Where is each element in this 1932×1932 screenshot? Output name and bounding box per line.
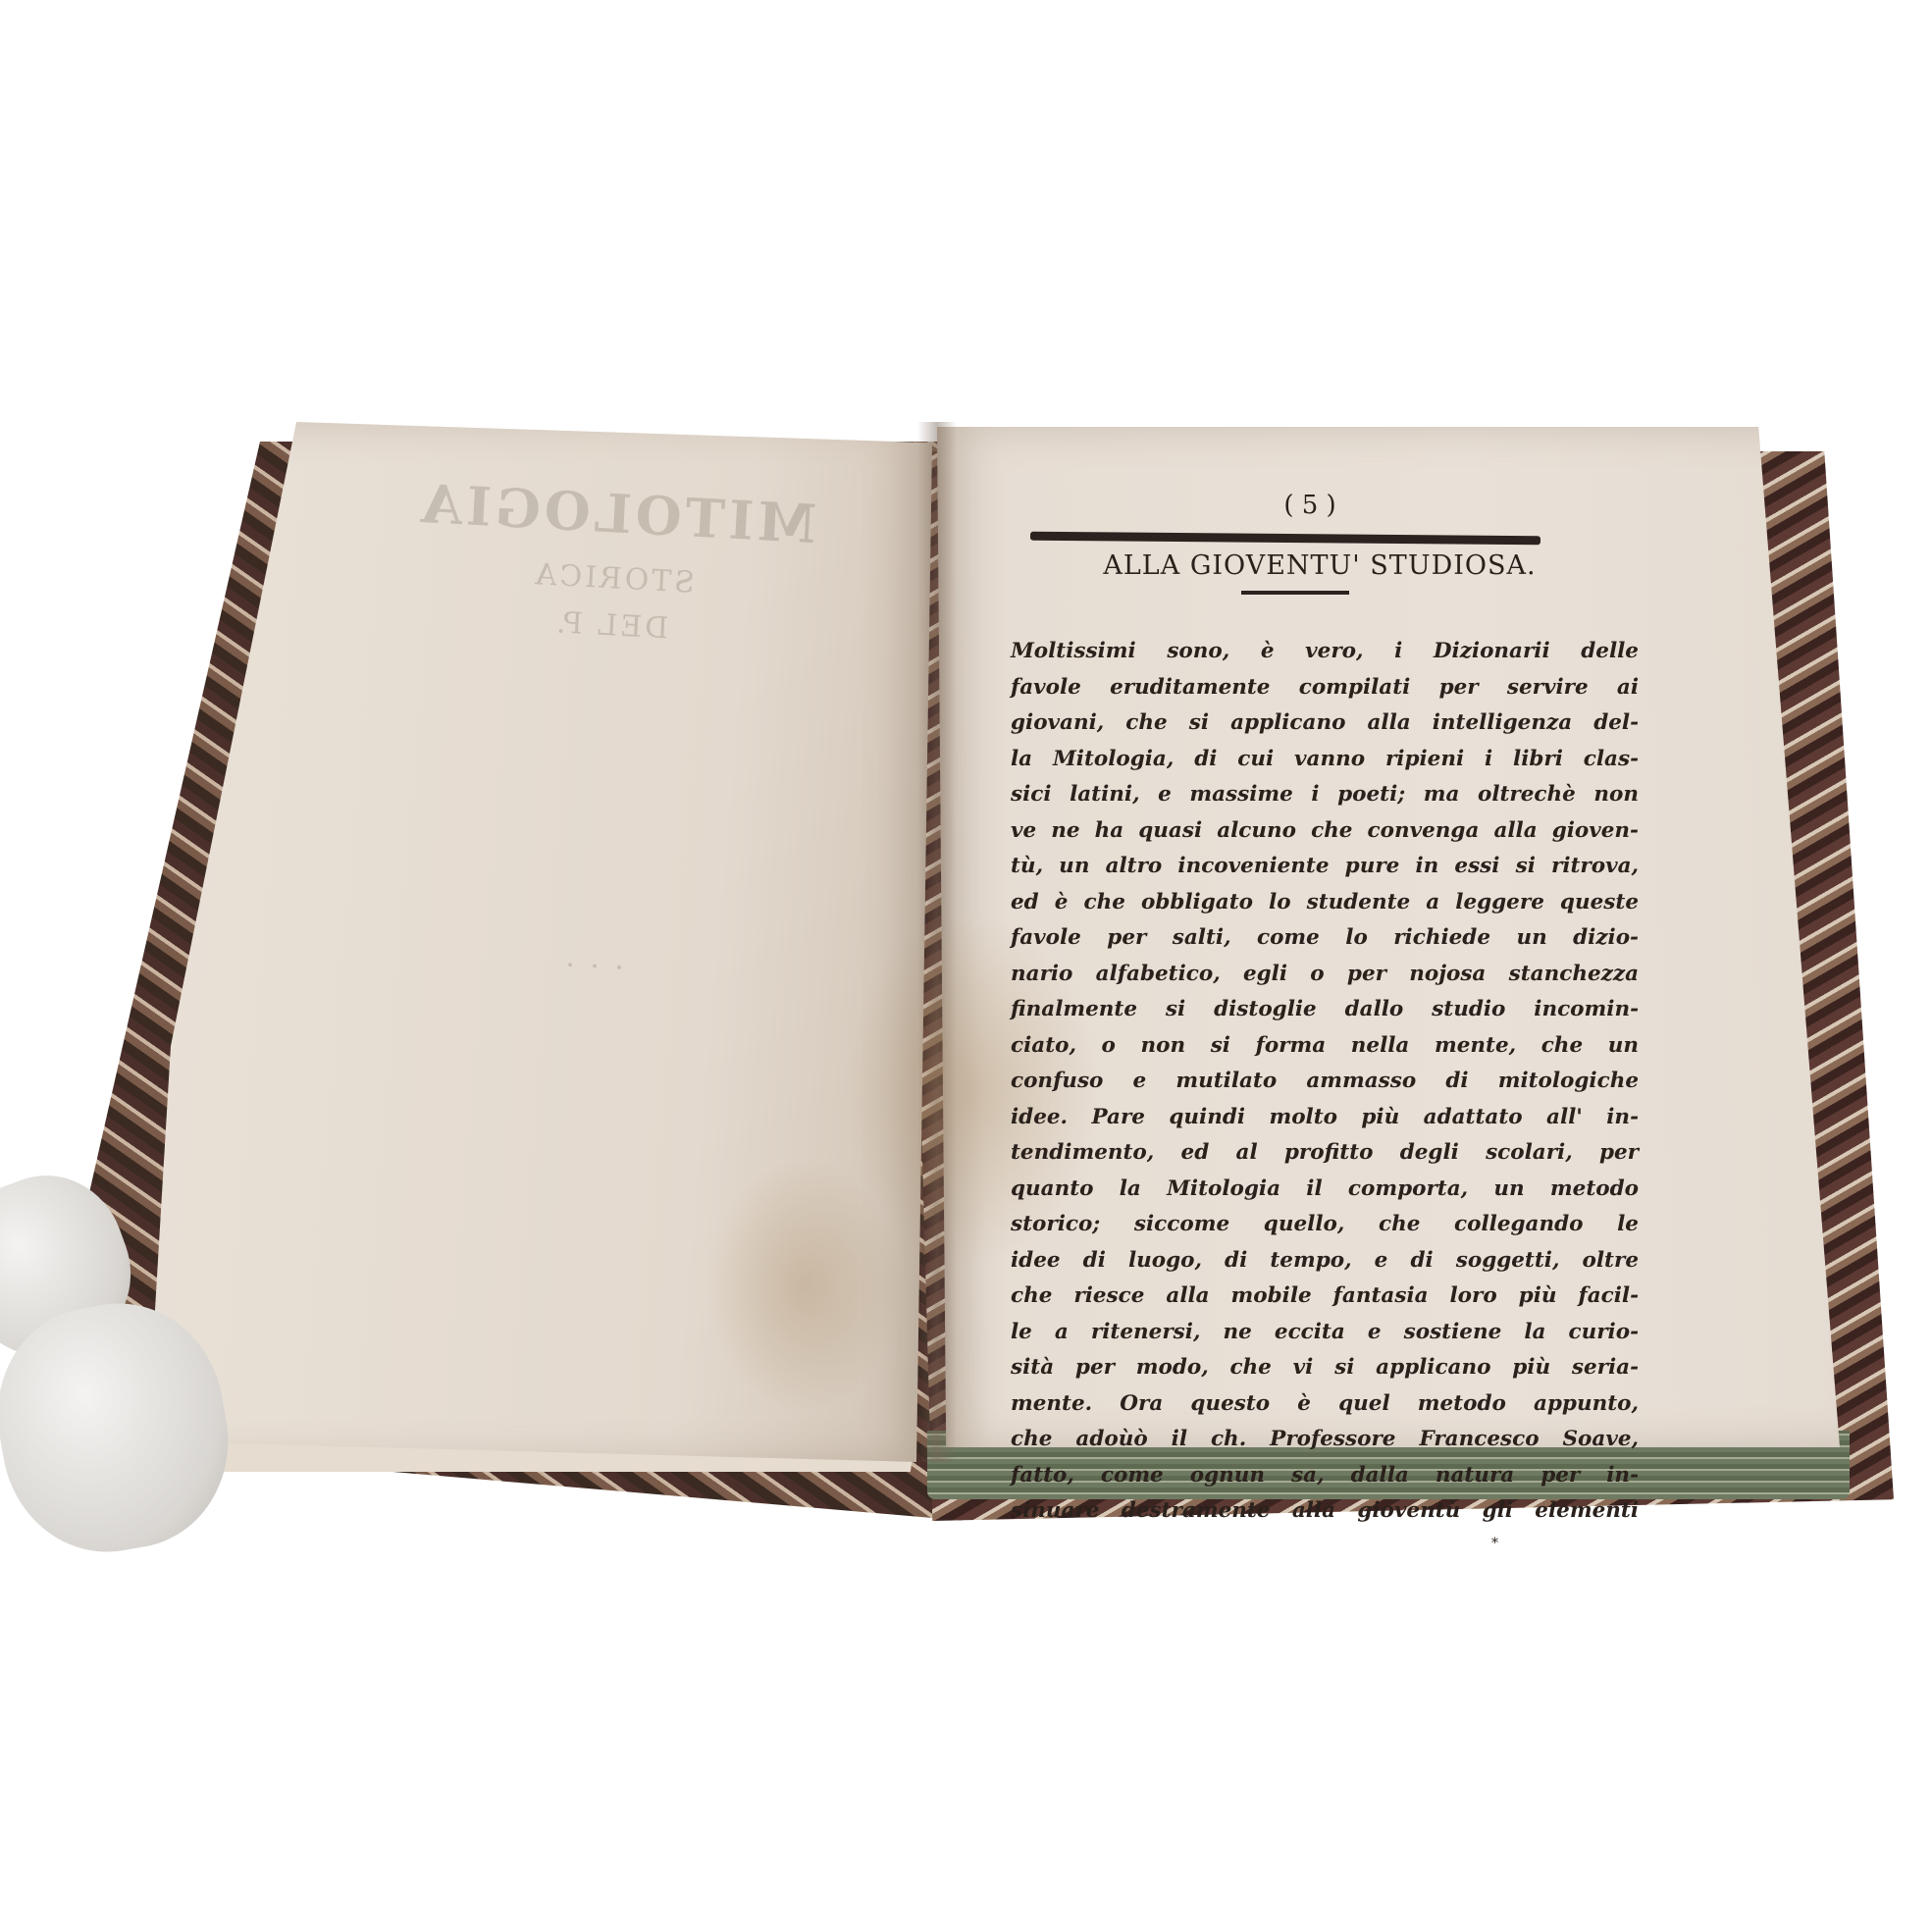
text-line: idee. Pare quindi molto più adattato all… — [1011, 1100, 1639, 1136]
text-line: fatto, come ognun sa, dalla natura per i… — [1011, 1458, 1639, 1494]
left-page-showthrough: MITOLOGIA STORICA DEL P. · · · — [352, 460, 844, 1268]
text-line: ciato, o non si forma nella mente, che u… — [1011, 1028, 1639, 1065]
text-line: Moltissimi sono, è vero, i Dizionarii de… — [1011, 634, 1639, 670]
text-line: sità per modo, che vi si applicano più s… — [1011, 1350, 1639, 1386]
body-text: Moltissimi sono, è vero, i Dizionarii de… — [1011, 634, 1639, 1530]
signature-mark: * — [1491, 1536, 1639, 1551]
text-line: nario alfabetico, egli o per nojosa stan… — [1011, 957, 1639, 993]
text-line: finalmente si distoglie dallo studio inc… — [1011, 992, 1639, 1028]
text-line: favole eruditamente compilati per servir… — [1011, 670, 1639, 706]
heading-rule — [1241, 591, 1349, 595]
text-line: tù, un altro incoveniente pure in essi s… — [1011, 849, 1639, 885]
text-line: quanto la Mitologia il comporta, un meto… — [1011, 1172, 1639, 1208]
text-line: idee di luogo, di tempo, e di soggetti, … — [1011, 1243, 1639, 1279]
page-number: ( 5 ) — [981, 491, 1639, 520]
showthrough-line: · · · — [366, 932, 819, 1003]
text-line: mente. Ora questo è quel metodo appunto, — [1011, 1386, 1639, 1423]
page-heading: ALLA GIOVENTU' STUDIOSA. — [1001, 550, 1639, 581]
text-line: ve ne ha quasi alcuno che convenga alla … — [1011, 813, 1639, 850]
text-line: giovani, che si applicano alla intellige… — [1011, 705, 1639, 742]
text-line: favole per salti, come lo richiede un di… — [1011, 920, 1639, 957]
text-line: che adoùò il ch. Professore Francesco So… — [1011, 1422, 1639, 1458]
text-line: la Mitologia, di cui vanno ripieni i lib… — [1011, 742, 1639, 778]
text-line: confuso e mutilato ammasso di mitologich… — [1011, 1064, 1639, 1100]
water-stain — [706, 1158, 903, 1413]
header-rule — [1030, 532, 1540, 546]
text-line: che riesce alla mobile fantasia loro più… — [1011, 1279, 1639, 1315]
right-page-text: ( 5 ) ALLA GIOVENTU' STUDIOSA. Moltissim… — [1011, 491, 1639, 1551]
book-photo: MITOLOGIA STORICA DEL P. · · · ( 5 ) ALL… — [0, 0, 1932, 1932]
text-line: storico; siccome quello, che collegando … — [1011, 1207, 1639, 1243]
text-line: sinuare destramente alla gioventù gli el… — [1011, 1493, 1639, 1530]
text-line: sici latini, e massime i poeti; ma oltre… — [1011, 777, 1639, 813]
text-line: tendimento, ed al profitto degli scolari… — [1011, 1135, 1639, 1172]
text-line: ed è che obbligato lo studente a leggere… — [1011, 885, 1639, 921]
text-line: le a ritenersi, ne eccita e sostiene la … — [1011, 1315, 1639, 1351]
